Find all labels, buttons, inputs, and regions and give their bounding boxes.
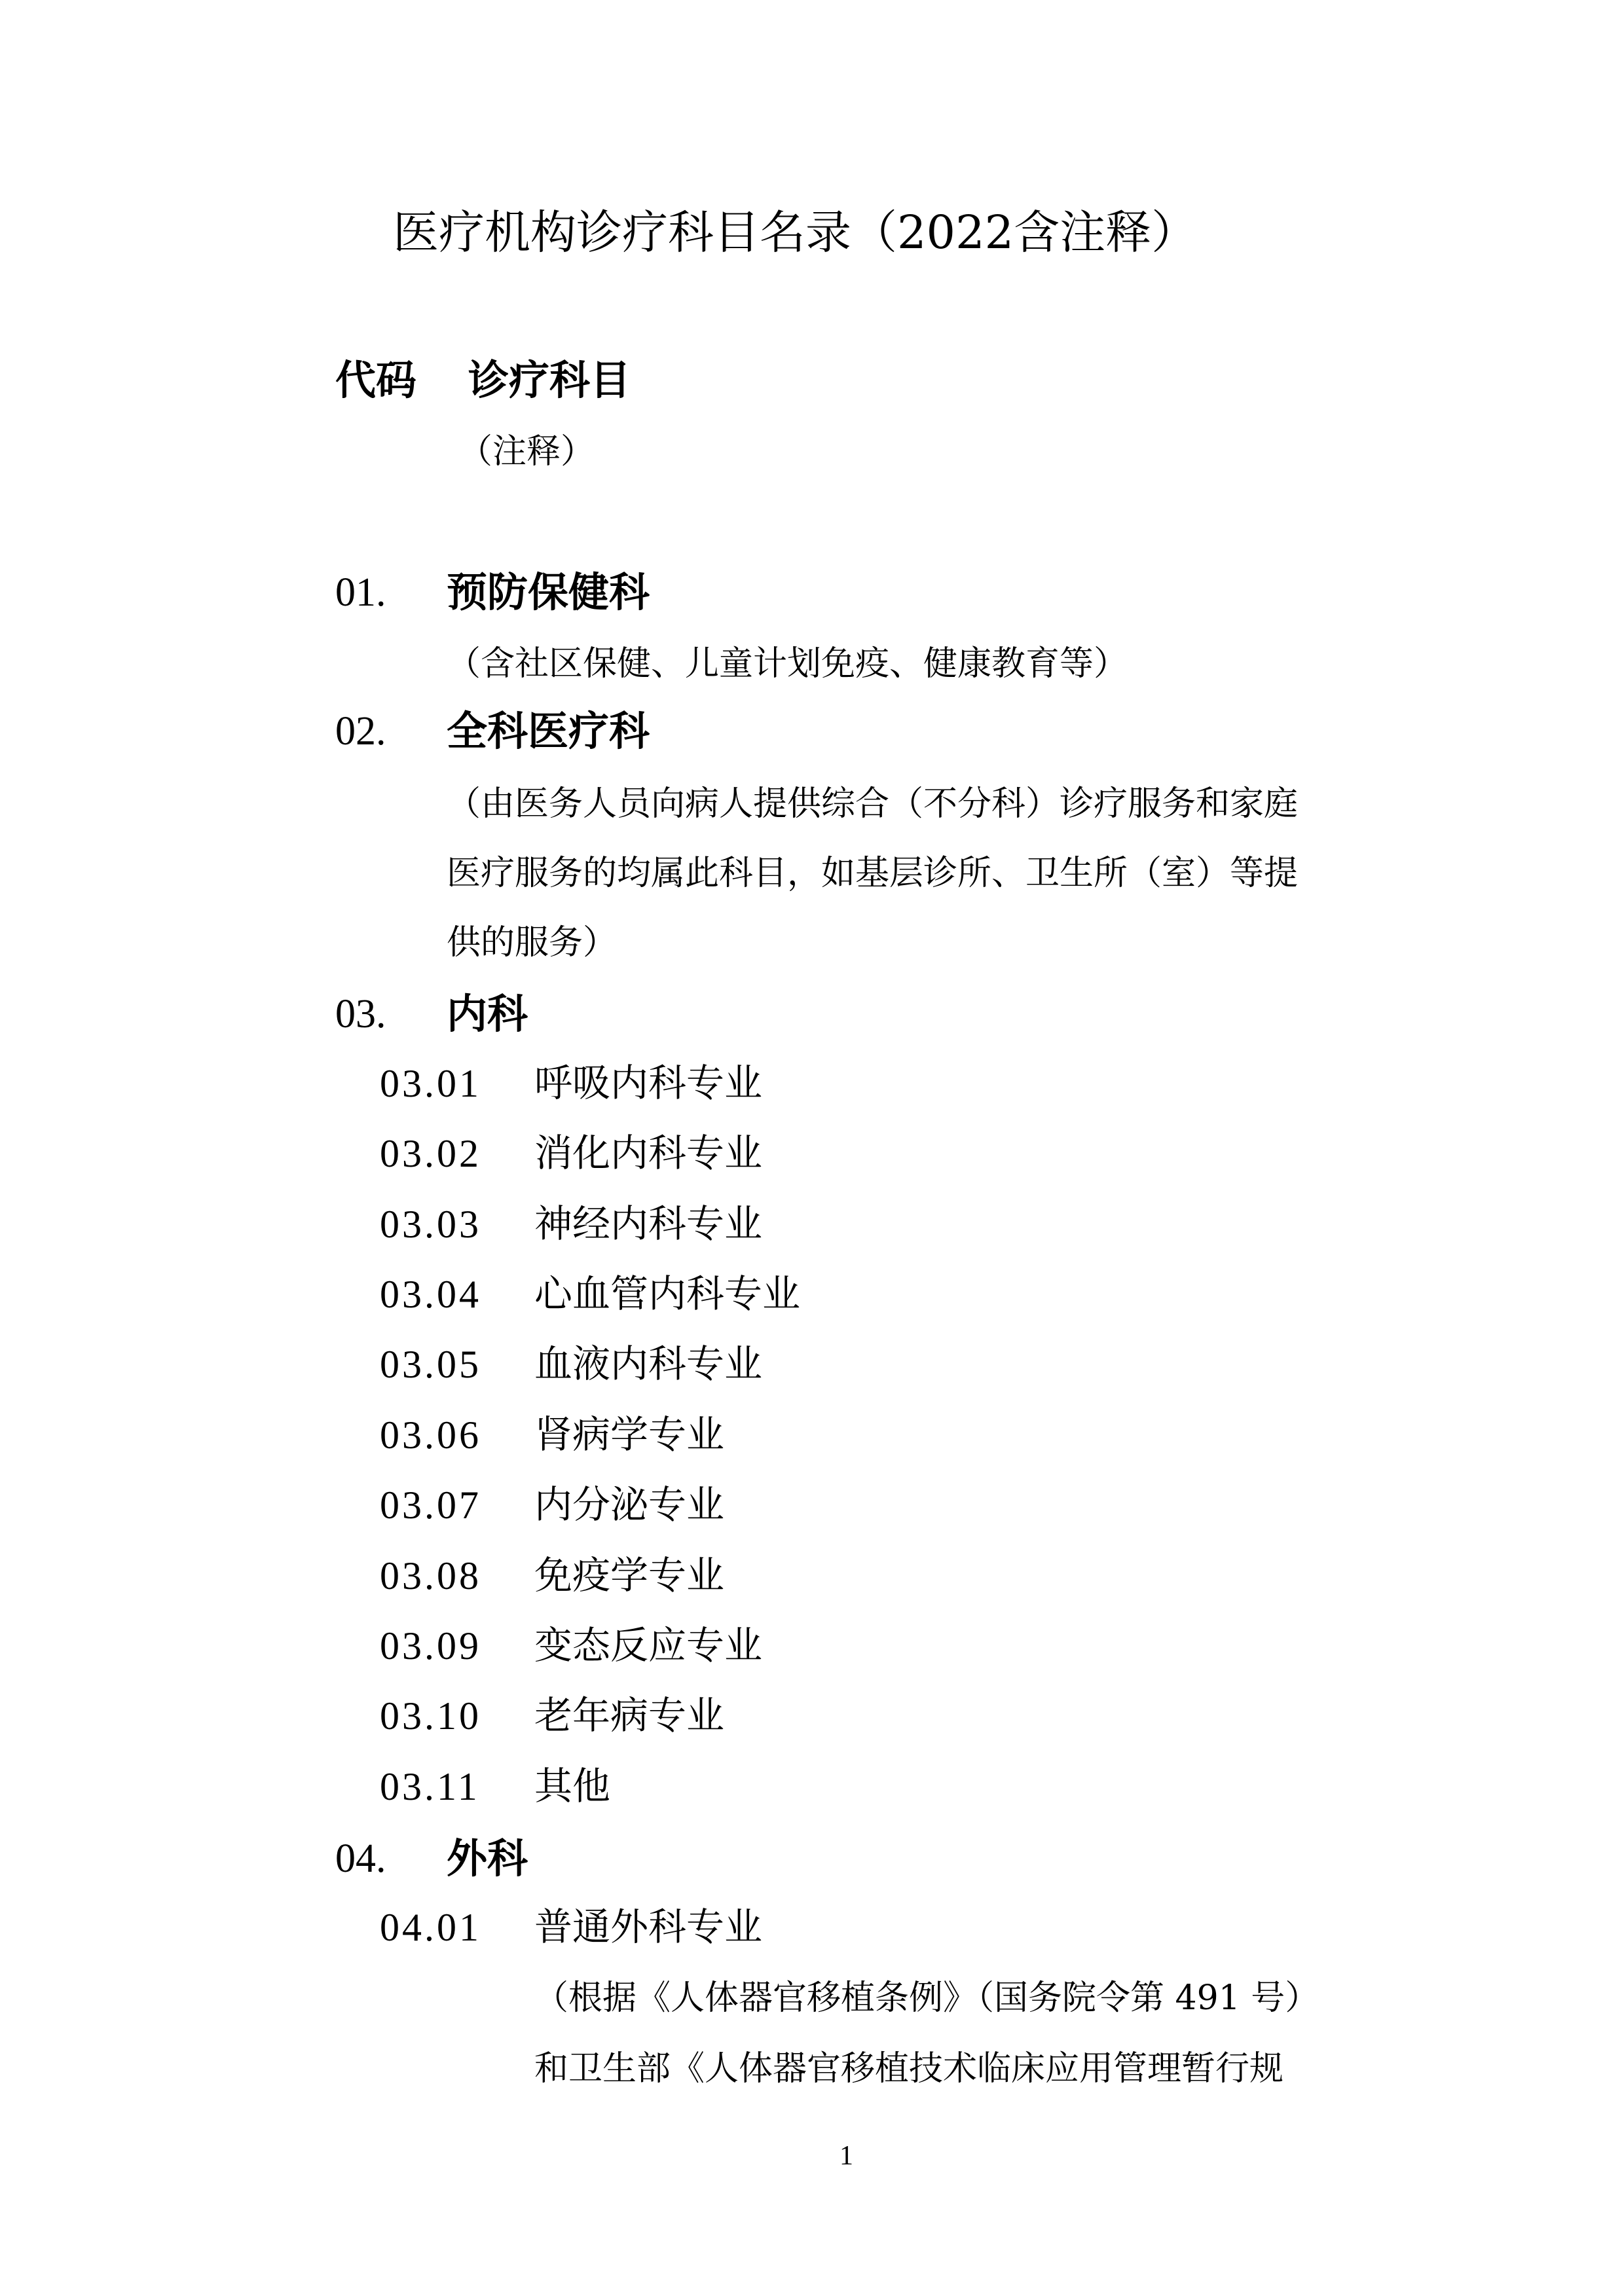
category-note: 供的服务） (447, 926, 617, 960)
column-header-subject: 诊疗科目 (468, 360, 631, 401)
subitem-code: 03.05 (380, 1345, 481, 1384)
subitem-note: （根据《人体器官移植条例》（国务院令第 491 号） (534, 1981, 1319, 2015)
category-code: 04. (335, 1838, 386, 1879)
subitem-name: 其他 (534, 1767, 610, 1805)
subitem-name: 老年病专业 (534, 1696, 724, 1734)
category-note: （含社区保健、儿童计划免疫、健康教育等） (447, 647, 1128, 681)
category-code: 01. (335, 572, 386, 613)
subitem-code: 03.03 (380, 1205, 481, 1244)
category-name: 全科医疗科 (447, 711, 650, 752)
subitem-name: 肾病学专业 (534, 1415, 724, 1453)
page-title: 医疗机构诊疗科目名录（2022含注释） (393, 210, 1197, 255)
subitem-code: 03.11 (380, 1767, 480, 1806)
page-number: 1 (840, 2142, 853, 2170)
category-name: 外科 (447, 1838, 528, 1879)
column-header-code: 代码 (335, 360, 416, 401)
subitem-name: 心血管内科专业 (534, 1275, 800, 1313)
column-header-note: （注释） (458, 435, 595, 469)
subitem-code: 03.02 (380, 1134, 481, 1173)
category-code: 02. (335, 711, 386, 752)
subitem-note: 和卫生部《人体器官移植技术临床应用管理暂行规 (534, 2052, 1283, 2086)
subitem-code: 03.06 (380, 1415, 481, 1455)
subitem-name: 免疫学专业 (534, 1556, 724, 1594)
subitem-name: 呼吸内科专业 (534, 1064, 762, 1102)
subitem-name: 血液内科专业 (534, 1345, 762, 1383)
category-note: 医疗服务的均属此科目，如基层诊所、卫生所（室）等提 (447, 856, 1298, 890)
subitem-code: 03.07 (380, 1485, 481, 1525)
subitem-name: 神经内科专业 (534, 1205, 762, 1243)
category-code: 03. (335, 994, 386, 1034)
subitem-code: 03.10 (380, 1696, 481, 1736)
subitem-code: 03.08 (380, 1556, 481, 1595)
category-name: 预防保健科 (447, 572, 650, 613)
subitem-name: 消化内科专业 (534, 1134, 762, 1172)
category-note: （由医务人员向病人提供综合（不分科）诊疗服务和家庭 (447, 787, 1298, 821)
subitem-code: 03.04 (380, 1275, 481, 1314)
subitem-name: 变态反应专业 (534, 1626, 762, 1664)
subitem-code: 03.01 (380, 1064, 481, 1103)
subitem-code: 04.01 (380, 1908, 481, 1947)
subitem-name: 普通外科专业 (534, 1908, 762, 1946)
subitem-code: 03.09 (380, 1626, 481, 1666)
category-name: 内科 (447, 994, 528, 1034)
subitem-name: 内分泌专业 (534, 1485, 724, 1523)
